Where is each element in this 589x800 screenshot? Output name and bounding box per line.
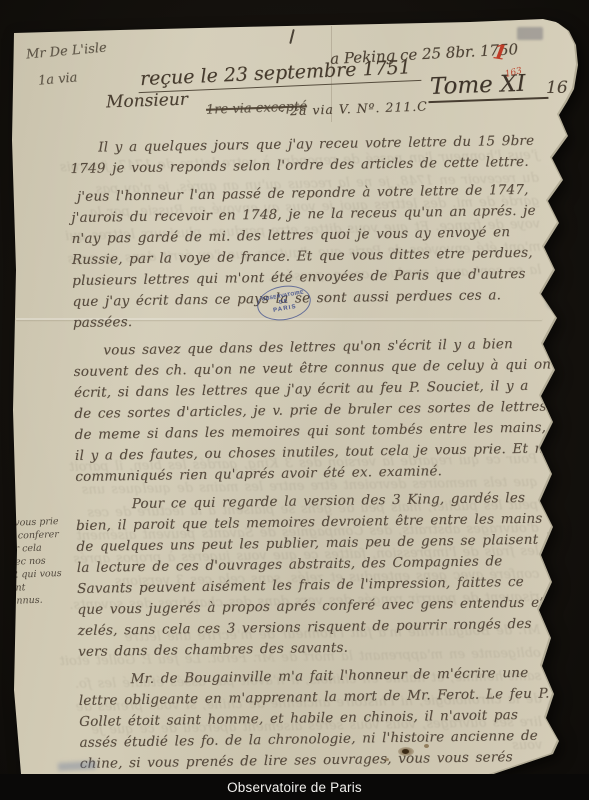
red-check-mark: 1 bbox=[491, 39, 509, 65]
letter-page: j'eus l'honneur l'an passé de repondre à… bbox=[0, 0, 589, 800]
letter-paragraph: Il y a quelques jours que j'ay receu vot… bbox=[70, 130, 549, 180]
blue-smudge bbox=[546, 294, 556, 309]
caption-text: Observatoire de Paris bbox=[227, 780, 362, 795]
volume-annotation: Tome XI bbox=[428, 70, 549, 103]
paper-shadow: j'eus l'honneur l'an passé de repondre à… bbox=[0, 0, 589, 800]
page-number-annotation: 16 bbox=[546, 78, 568, 98]
first-via-annotation: 1a via bbox=[37, 70, 78, 88]
manuscript-photo: j'eus l'honneur l'an passé de repondre à… bbox=[0, 0, 589, 800]
salutation: Monsieur bbox=[106, 90, 189, 113]
letter-paragraph: j'eus l'honneur l'an passé de repondre à… bbox=[71, 179, 551, 333]
caption-bar: Observatoire de Paris bbox=[0, 774, 589, 800]
corner-tape-mark bbox=[517, 27, 543, 40]
sender-annotation: Mr De L'isle bbox=[26, 41, 108, 63]
stamp-line-3: PARIS bbox=[273, 304, 298, 315]
received-date-annotation: reçue le 23 septembre 1751 bbox=[138, 56, 422, 93]
letter-paragraph: vous savez que dans des lettres qu'on s'… bbox=[73, 333, 553, 487]
ink-stain bbox=[385, 758, 389, 761]
blue-smudge bbox=[549, 700, 561, 711]
vertical-crease bbox=[331, 26, 332, 122]
letter-body: Il y a quelques jours que j'ay receu vot… bbox=[70, 130, 558, 795]
ink-stain bbox=[402, 749, 409, 754]
ink-tick-mark bbox=[289, 29, 295, 44]
ink-stain bbox=[424, 744, 429, 748]
margin-note: je vous prie de conferer sur cela avec n… bbox=[2, 515, 63, 608]
letter-paragraph: Pour ce qui regarde la version des 3 Kin… bbox=[76, 487, 557, 662]
